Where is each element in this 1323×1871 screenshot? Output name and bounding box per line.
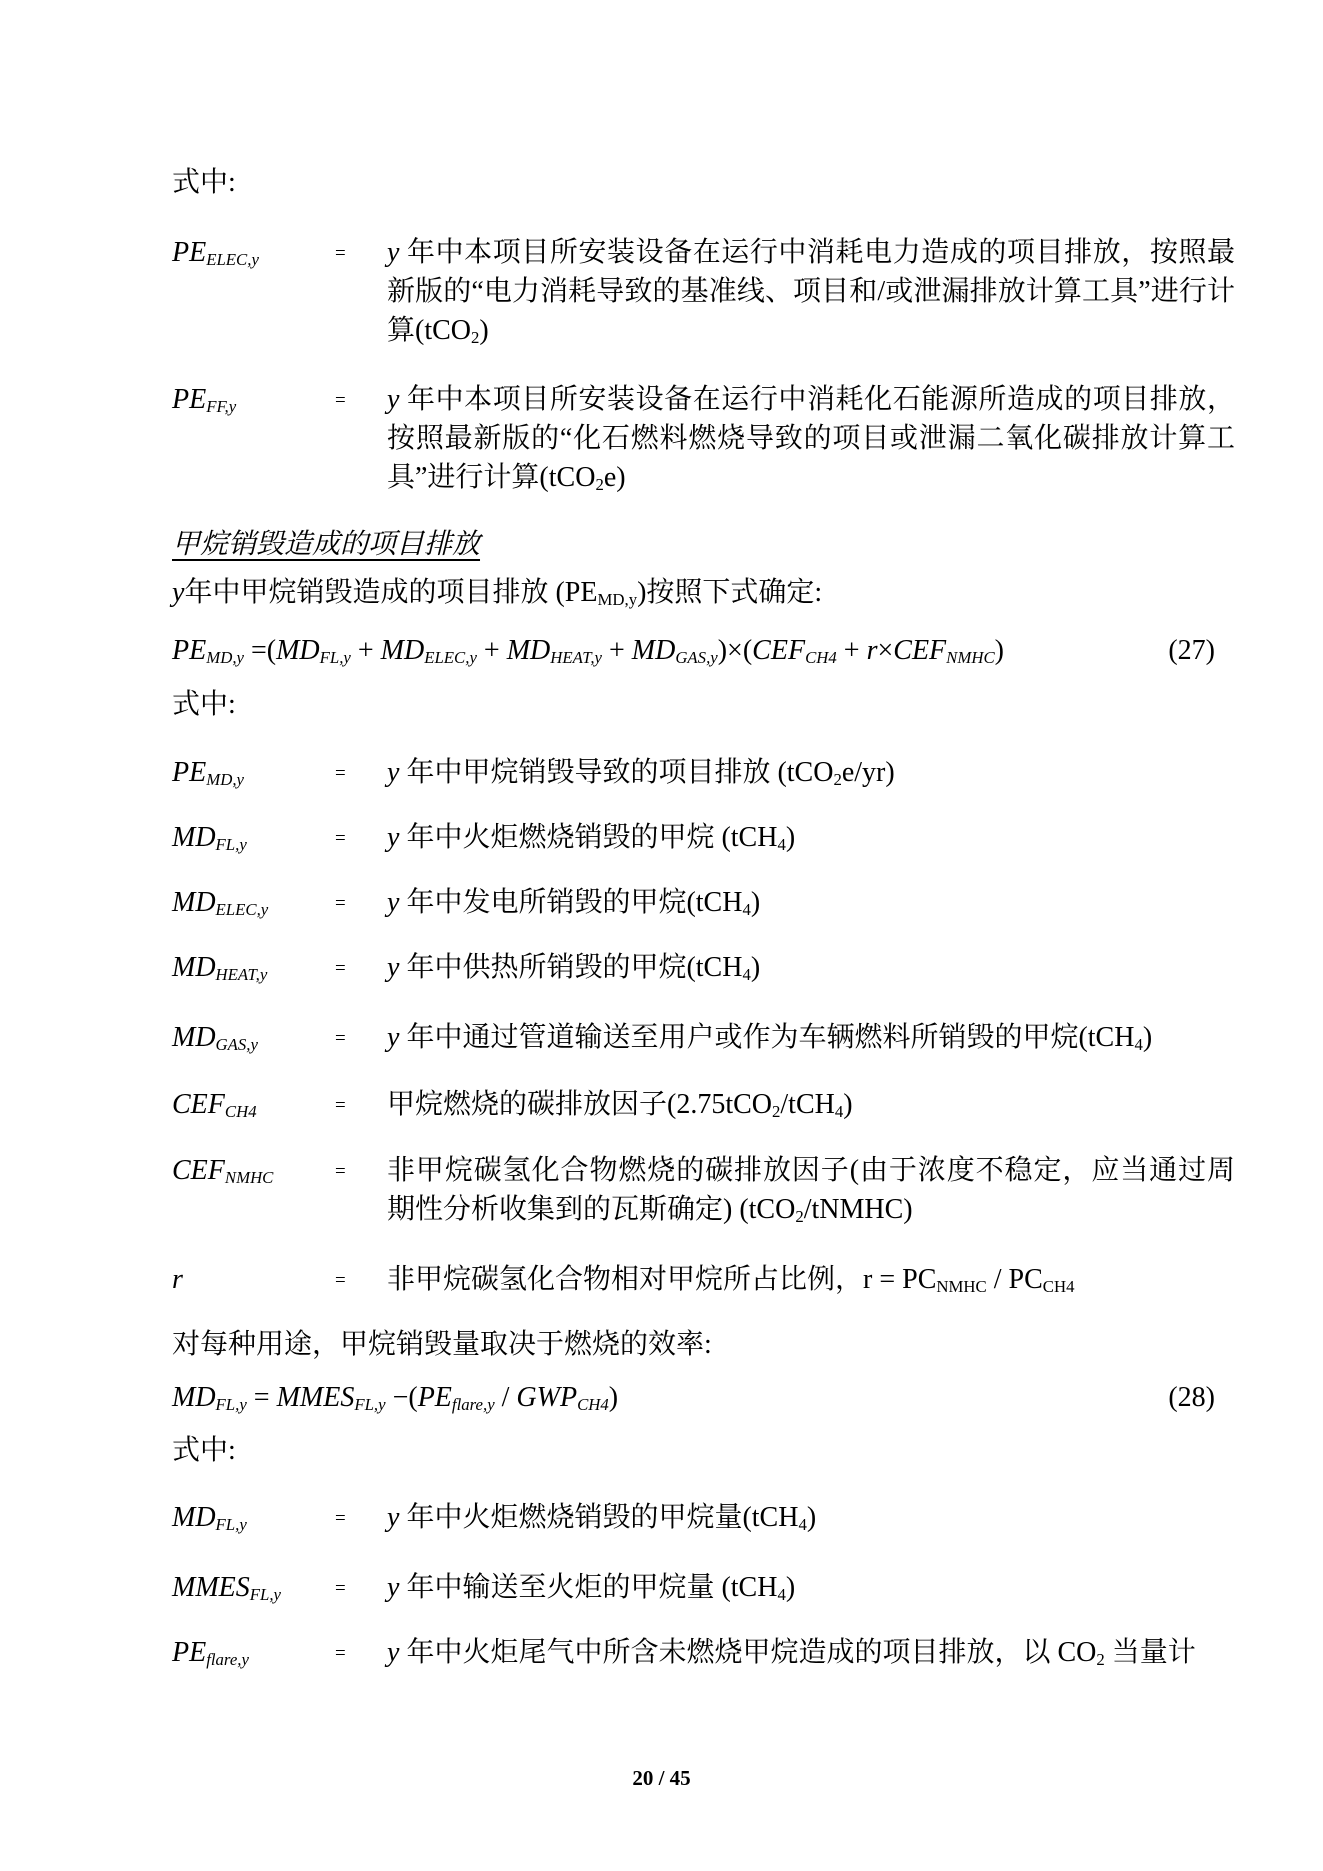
definition-text-md-heat: y 年中供热所销毁的甲烷(tCH4) bbox=[387, 948, 1235, 994]
equals-sign: = bbox=[335, 381, 346, 420]
variable-term-md-gas: MDGAS,y bbox=[172, 1018, 258, 1064]
def-row-md-heat: MDHEAT,y = y 年中供热所销毁的甲烷(tCH4) bbox=[172, 948, 1235, 994]
equals-sign: = bbox=[335, 234, 346, 273]
variable-term-pe-elec: PEELEC,y bbox=[172, 233, 259, 279]
formula-28-body: MDFL,y = MMESFL,y −(PEflare,y / GWPCH4) bbox=[172, 1378, 618, 1424]
equals-sign: = bbox=[335, 1261, 346, 1300]
definition-text-md-elec: y 年中发电所销毁的甲烷(tCH4) bbox=[387, 883, 1235, 929]
variable-term-mmes-fl: MMESFL,y bbox=[172, 1568, 281, 1614]
variable-term-md-heat: MDHEAT,y bbox=[172, 948, 267, 994]
variable-term-cef-nmhc: CEFNMHC bbox=[172, 1151, 273, 1197]
variable-term-md-elec: MDELEC,y bbox=[172, 883, 268, 929]
def-row-md-elec: MDELEC,y = y 年中发电所销毁的甲烷(tCH4) bbox=[172, 883, 1235, 929]
def-row-cef-nmhc: CEFNMHC = 非甲烷碳氢化合物燃烧的碳排放因子(由于浓度不稳定，应当通过周… bbox=[172, 1151, 1235, 1236]
def-row-md-fl-2: MDFL,y = y 年中火炬燃烧销毁的甲烷量(tCH4) bbox=[172, 1498, 1235, 1544]
def-row-mmes-fl: MMESFL,y = y 年中输送至火炬的甲烷量 (tCH4) bbox=[172, 1568, 1235, 1614]
formula-28-number: (28) bbox=[1168, 1378, 1215, 1417]
def-row-md-gas: MDGAS,y = y 年中通过管道输送至用户或作为车辆燃料所销毁的甲烷(tCH… bbox=[172, 1018, 1235, 1064]
def-row-pe-md: PEMD,y = y 年中甲烷销毁导致的项目排放 (tCO2e/yr) bbox=[172, 753, 1235, 799]
definition-text-pe-md: y 年中甲烷销毁导致的项目排放 (tCO2e/yr) bbox=[387, 753, 1235, 799]
definition-text-md-gas: y 年中通过管道输送至用户或作为车辆燃料所销毁的甲烷(tCH4) bbox=[387, 1018, 1235, 1064]
equals-sign: = bbox=[335, 1634, 346, 1673]
document-page: 式中: PEELEC,y = y 年中本项目所安装设备在运行中消耗电力造成的项目… bbox=[0, 0, 1323, 1871]
where-label-1: 式中: bbox=[172, 163, 236, 202]
equals-sign: = bbox=[335, 884, 346, 923]
formula-27: PEMD,y =(MDFL,y + MDELEC,y + MDHEAT,y + … bbox=[172, 631, 1215, 677]
formula-28: MDFL,y = MMESFL,y −(PEflare,y / GWPCH4) … bbox=[172, 1378, 1215, 1424]
variable-term-pe-ff: PEFF,y bbox=[172, 380, 236, 426]
variable-term-md-fl: MDFL,y bbox=[172, 818, 247, 864]
page-number: 20 / 45 bbox=[0, 1765, 1323, 1791]
variable-term-md-fl-2: MDFL,y bbox=[172, 1498, 247, 1544]
def-row-pe-elec: PEELEC,y = y 年中本项目所安装设备在运行中消耗电力造成的项目排放，按… bbox=[172, 233, 1235, 357]
equals-sign: = bbox=[335, 1019, 346, 1058]
where-label-2: 式中: bbox=[172, 685, 236, 724]
definition-text-cef-nmhc: 非甲烷碳氢化合物燃烧的碳排放因子(由于浓度不稳定，应当通过周期性分析收集到的瓦斯… bbox=[387, 1151, 1235, 1236]
equals-sign: = bbox=[335, 949, 346, 988]
equals-sign: = bbox=[335, 1499, 346, 1538]
definition-text-pe-elec: y 年中本项目所安装设备在运行中消耗电力造成的项目排放，按照最新版的“电力消耗导… bbox=[387, 233, 1235, 357]
equals-sign: = bbox=[335, 1569, 346, 1608]
definition-text-pe-ff: y 年中本项目所安装设备在运行中消耗化石能源所造成的项目排放，按照最新版的“化石… bbox=[387, 380, 1235, 504]
definition-text-cef-ch4: 甲烷燃烧的碳排放因子(2.75tCO2/tCH4) bbox=[387, 1085, 1235, 1131]
def-row-md-fl: MDFL,y = y 年中火炬燃烧销毁的甲烷 (tCH4) bbox=[172, 818, 1235, 864]
def-row-pe-ff: PEFF,y = y 年中本项目所安装设备在运行中消耗化石能源所造成的项目排放，… bbox=[172, 380, 1235, 504]
definition-text-md-fl-2: y 年中火炬燃烧销毁的甲烷量(tCH4) bbox=[387, 1498, 1235, 1544]
definition-text-pe-flare: y 年中火炬尾气中所含未燃烧甲烷造成的项目排放，以 CO2 当量计 bbox=[387, 1633, 1235, 1679]
formula-27-body: PEMD,y =(MDFL,y + MDELEC,y + MDHEAT,y + … bbox=[172, 631, 1004, 677]
def-row-cef-ch4: CEFCH4 = 甲烷燃烧的碳排放因子(2.75tCO2/tCH4) bbox=[172, 1085, 1235, 1131]
section-heading-methane-destruction: 甲烷销毁造成的项目排放 bbox=[172, 525, 480, 564]
variable-term-pe-flare: PEflare,y bbox=[172, 1633, 249, 1679]
intro-paragraph: y年中甲烷销毁造成的项目排放 (PEMD,y)按照下式确定: bbox=[172, 573, 1222, 619]
def-row-r: r = 非甲烷碳氢化合物相对甲烷所占比例，r = PCNMHC / PCCH4 bbox=[172, 1260, 1235, 1306]
formula-27-number: (27) bbox=[1168, 631, 1215, 670]
equals-sign: = bbox=[335, 1152, 346, 1191]
variable-term-pe-md: PEMD,y bbox=[172, 753, 244, 799]
equals-sign: = bbox=[335, 1086, 346, 1125]
definition-text-mmes-fl: y 年中输送至火炬的甲烷量 (tCH4) bbox=[387, 1568, 1235, 1614]
definition-text-md-fl: y 年中火炬燃烧销毁的甲烷 (tCH4) bbox=[387, 818, 1235, 864]
equals-sign: = bbox=[335, 819, 346, 858]
equals-sign: = bbox=[335, 754, 346, 793]
variable-term-r: r bbox=[172, 1260, 183, 1299]
def-row-pe-flare: PEflare,y = y 年中火炬尾气中所含未燃烧甲烷造成的项目排放，以 CO… bbox=[172, 1633, 1235, 1679]
efficiency-paragraph: 对每种用途，甲烷销毁量取决于燃烧的效率: bbox=[172, 1325, 1222, 1364]
definition-text-r: 非甲烷碳氢化合物相对甲烷所占比例，r = PCNMHC / PCCH4 bbox=[387, 1260, 1235, 1306]
where-label-3: 式中: bbox=[172, 1431, 236, 1470]
variable-term-cef-ch4: CEFCH4 bbox=[172, 1085, 257, 1131]
